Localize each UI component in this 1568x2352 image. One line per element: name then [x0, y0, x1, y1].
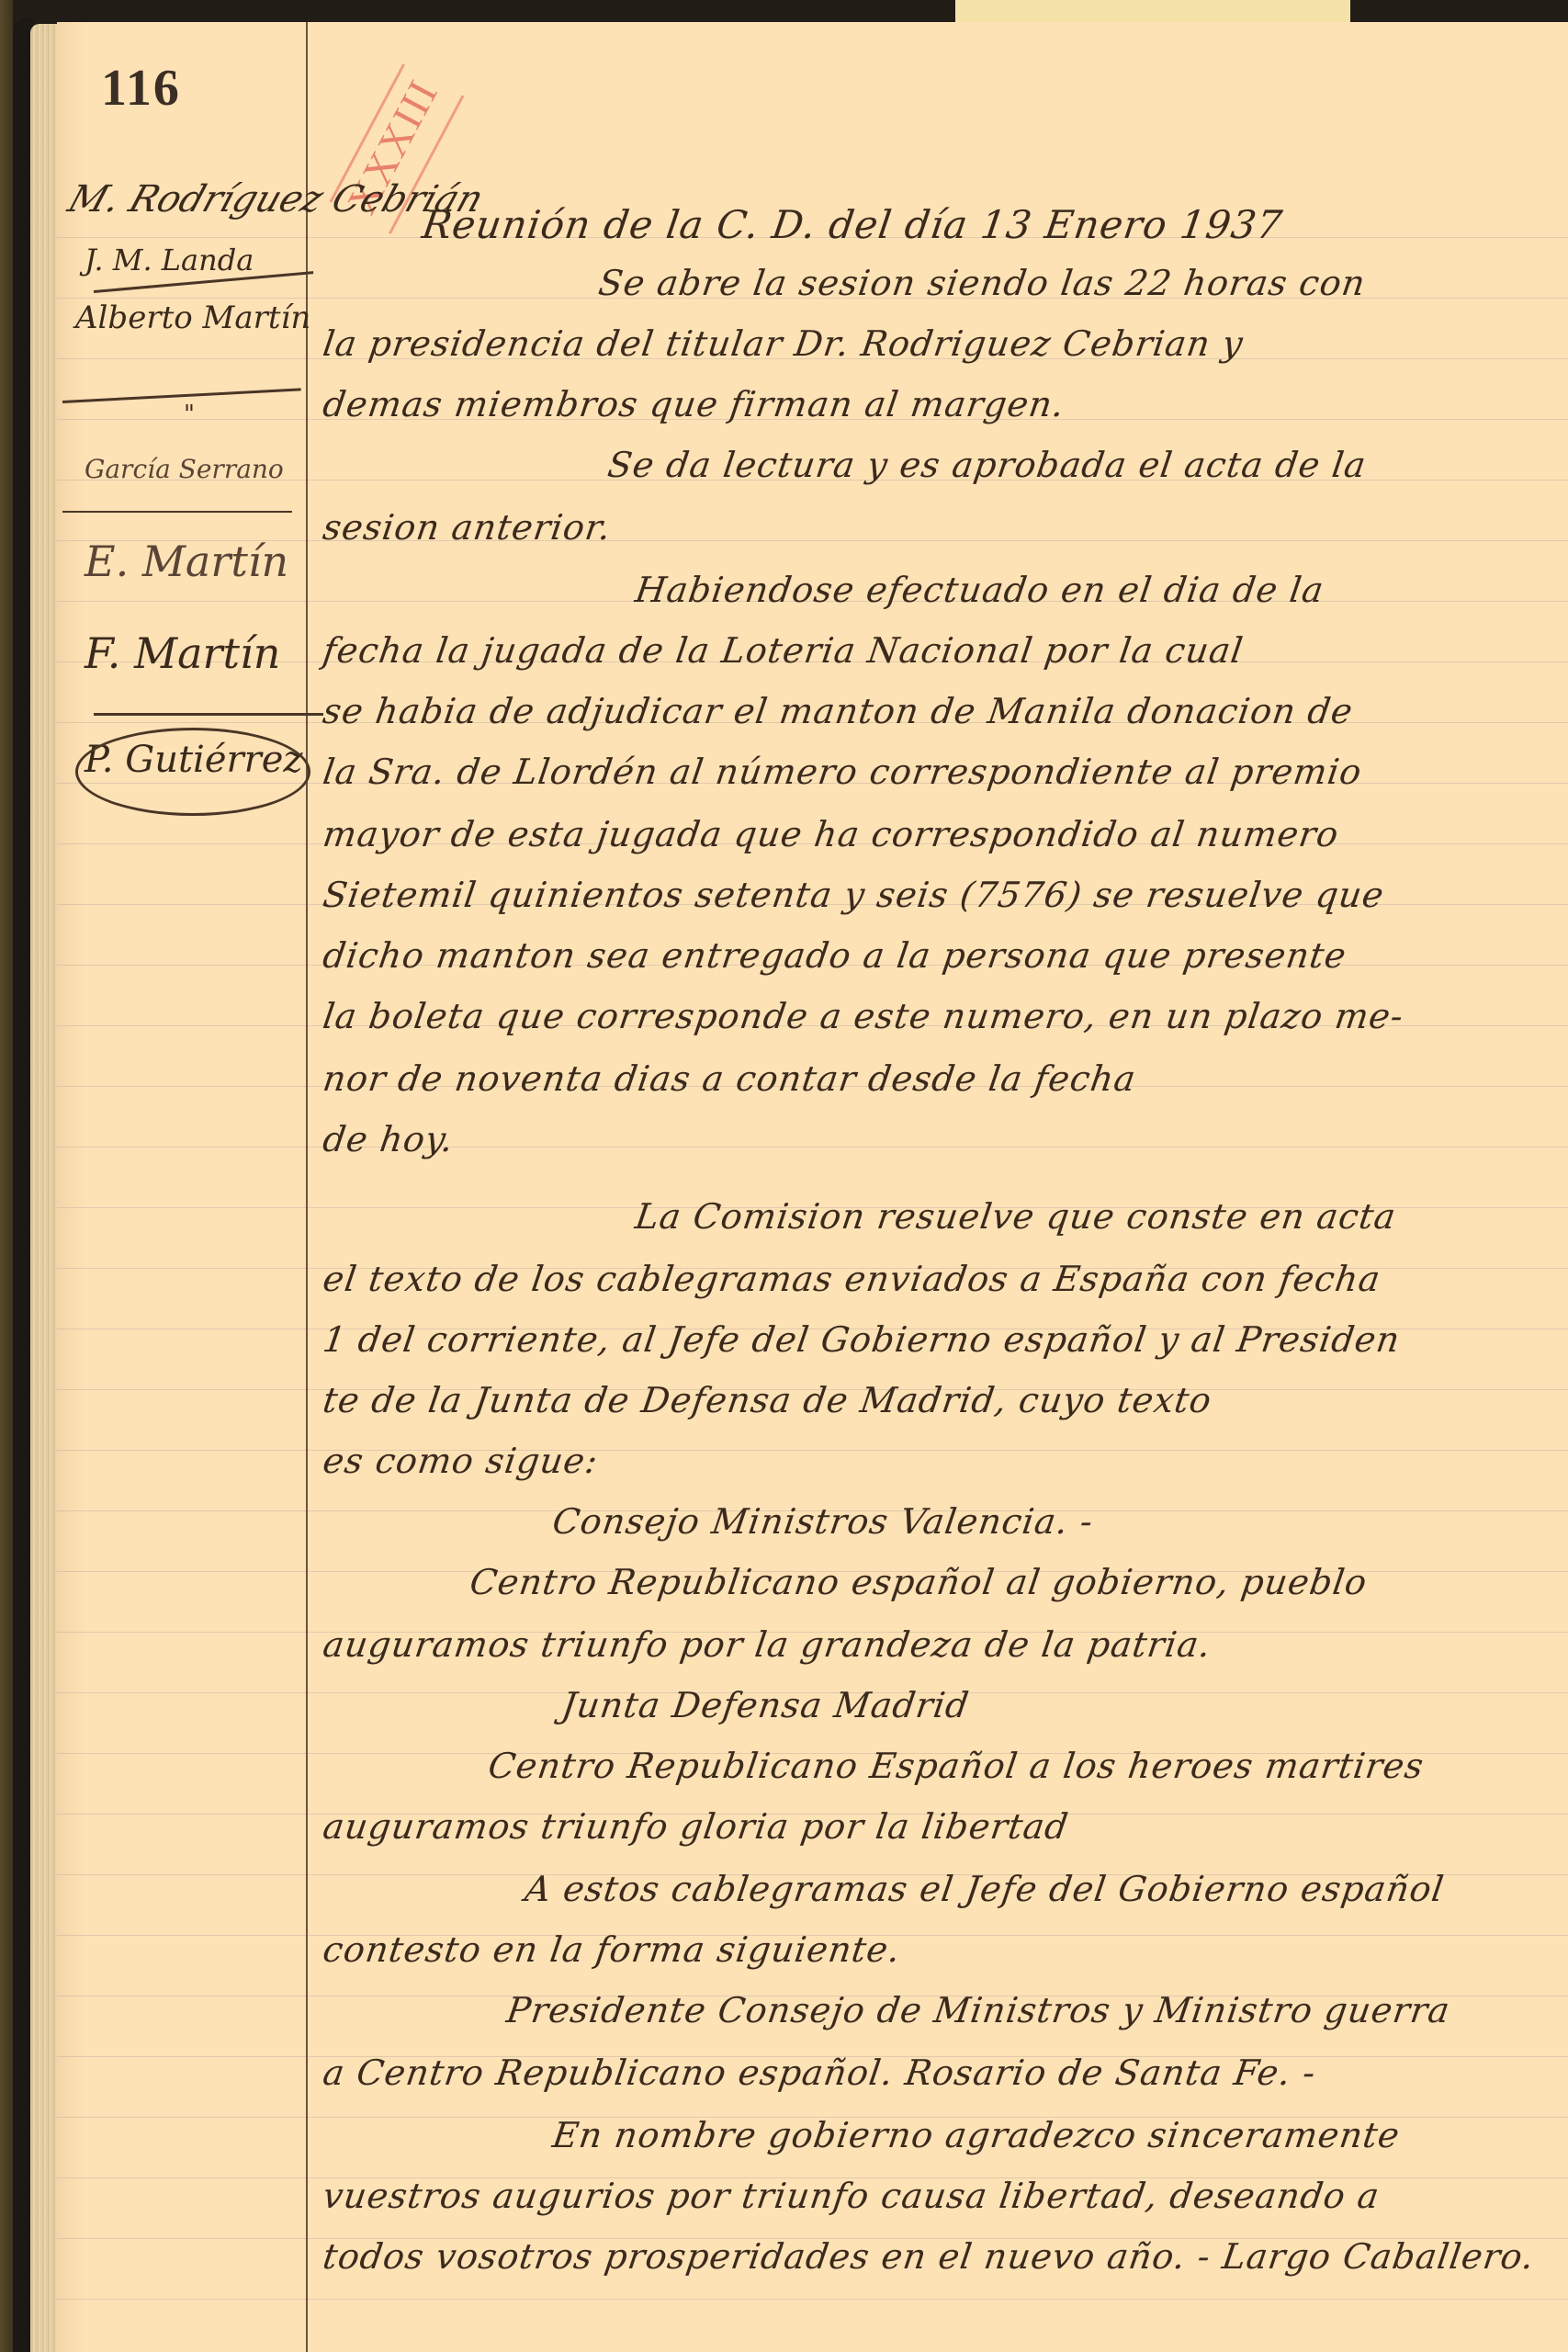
sticky-note: [955, 0, 1350, 22]
cable-text: auguramos triunfo por la grandeza de la …: [321, 1624, 1214, 1665]
ruled-line: [57, 2299, 1568, 2300]
text-line: fecha la jugada de la Loteria Nacional p…: [321, 630, 1247, 671]
text-line: la Sra. de Llordén al número correspondi…: [321, 752, 1365, 792]
signature-underline: [62, 388, 301, 403]
reply-text: En nombre gobierno agradezco sincerament…: [550, 2115, 1403, 2155]
meeting-title: Reunión de la C. D. del día 13 Enero 193…: [420, 202, 1286, 247]
text-line: la boleta que corresponde a este numero,…: [321, 996, 1406, 1036]
text-line: Habiendose efectuado en el dia de la: [633, 570, 1326, 610]
ruled-line: [57, 1147, 1568, 1148]
text-line: contesto en la forma siguiente.: [321, 1929, 904, 1970]
cable-header: Consejo Ministros Valencia. -: [550, 1501, 1096, 1542]
ditto-mark: ": [184, 401, 195, 428]
text-line: 1 del corriente, al Jefe del Gobierno es…: [321, 1319, 1403, 1360]
signature: F. Martín: [85, 628, 280, 678]
text-line: Se da lectura y es aprobada el acta de l…: [605, 445, 1369, 485]
signature: Alberto Martín: [75, 300, 310, 336]
reply-header: a Centro Republicano español. Rosario de…: [321, 2052, 1319, 2093]
text-line: Se abre la sesion siendo las 22 horas co…: [596, 263, 1369, 303]
cable-header: Junta Defensa Madrid: [559, 1685, 972, 1725]
cable-text: auguramos triunfo gloria por la libertad: [321, 1806, 1071, 1847]
text-line: el texto de los cablegramas enviados a E…: [321, 1259, 1383, 1299]
text-line: te de la Junta de Defensa de Madrid, cuy…: [321, 1380, 1214, 1420]
text-line: dicho manton sea entregado a la persona …: [321, 935, 1349, 976]
text-line: mayor de esta jugada que ha correspondid…: [321, 814, 1342, 854]
signature-flourish-oval: [75, 728, 310, 816]
text-line: demas miembros que firman al margen.: [321, 384, 1067, 424]
text-line: la presidencia del titular Dr. Rodriguez…: [321, 323, 1246, 364]
ruled-line: [57, 1450, 1568, 1451]
signature: García Serrano: [85, 454, 284, 484]
page-number: 116: [101, 59, 181, 118]
signature-underline: [62, 511, 292, 513]
signature: J. M. Landa: [85, 243, 254, 277]
signature: E. Martín: [85, 537, 288, 586]
text-line: es como sigue:: [321, 1441, 601, 1481]
ledger-page: 116 XXXIII M. Rodríguez Cebrián J. M. La…: [57, 22, 1568, 2352]
text-line: de hoy.: [321, 1119, 457, 1159]
reply-text: vuestros augurios por triunfo causa libe…: [321, 2176, 1382, 2216]
book-binding: [0, 0, 13, 2352]
text-line: se habia de adjudicar el manton de Manil…: [321, 691, 1356, 731]
margin-rule: [306, 22, 308, 2352]
reply-text: todos vosotros prosperidades en el nuevo…: [321, 2236, 1537, 2277]
reply-header: Presidente Consejo de Ministros y Minist…: [504, 1990, 1453, 2030]
text-line: La Comision resuelve que conste en acta: [633, 1196, 1399, 1237]
text-line: A estos cablegramas el Jefe del Gobierno…: [523, 1869, 1447, 1909]
text-line: Sietemil quinientos setenta y seis (7576…: [321, 875, 1387, 915]
text-line: sesion anterior.: [321, 507, 614, 548]
signature-underline: [94, 713, 323, 716]
cable-text: Centro Republicano Español a los heroes …: [486, 1746, 1427, 1786]
cable-text: Centro Republicano español al gobierno, …: [468, 1562, 1370, 1602]
text-line: nor de noventa dias a contar desde la fe…: [321, 1058, 1139, 1099]
